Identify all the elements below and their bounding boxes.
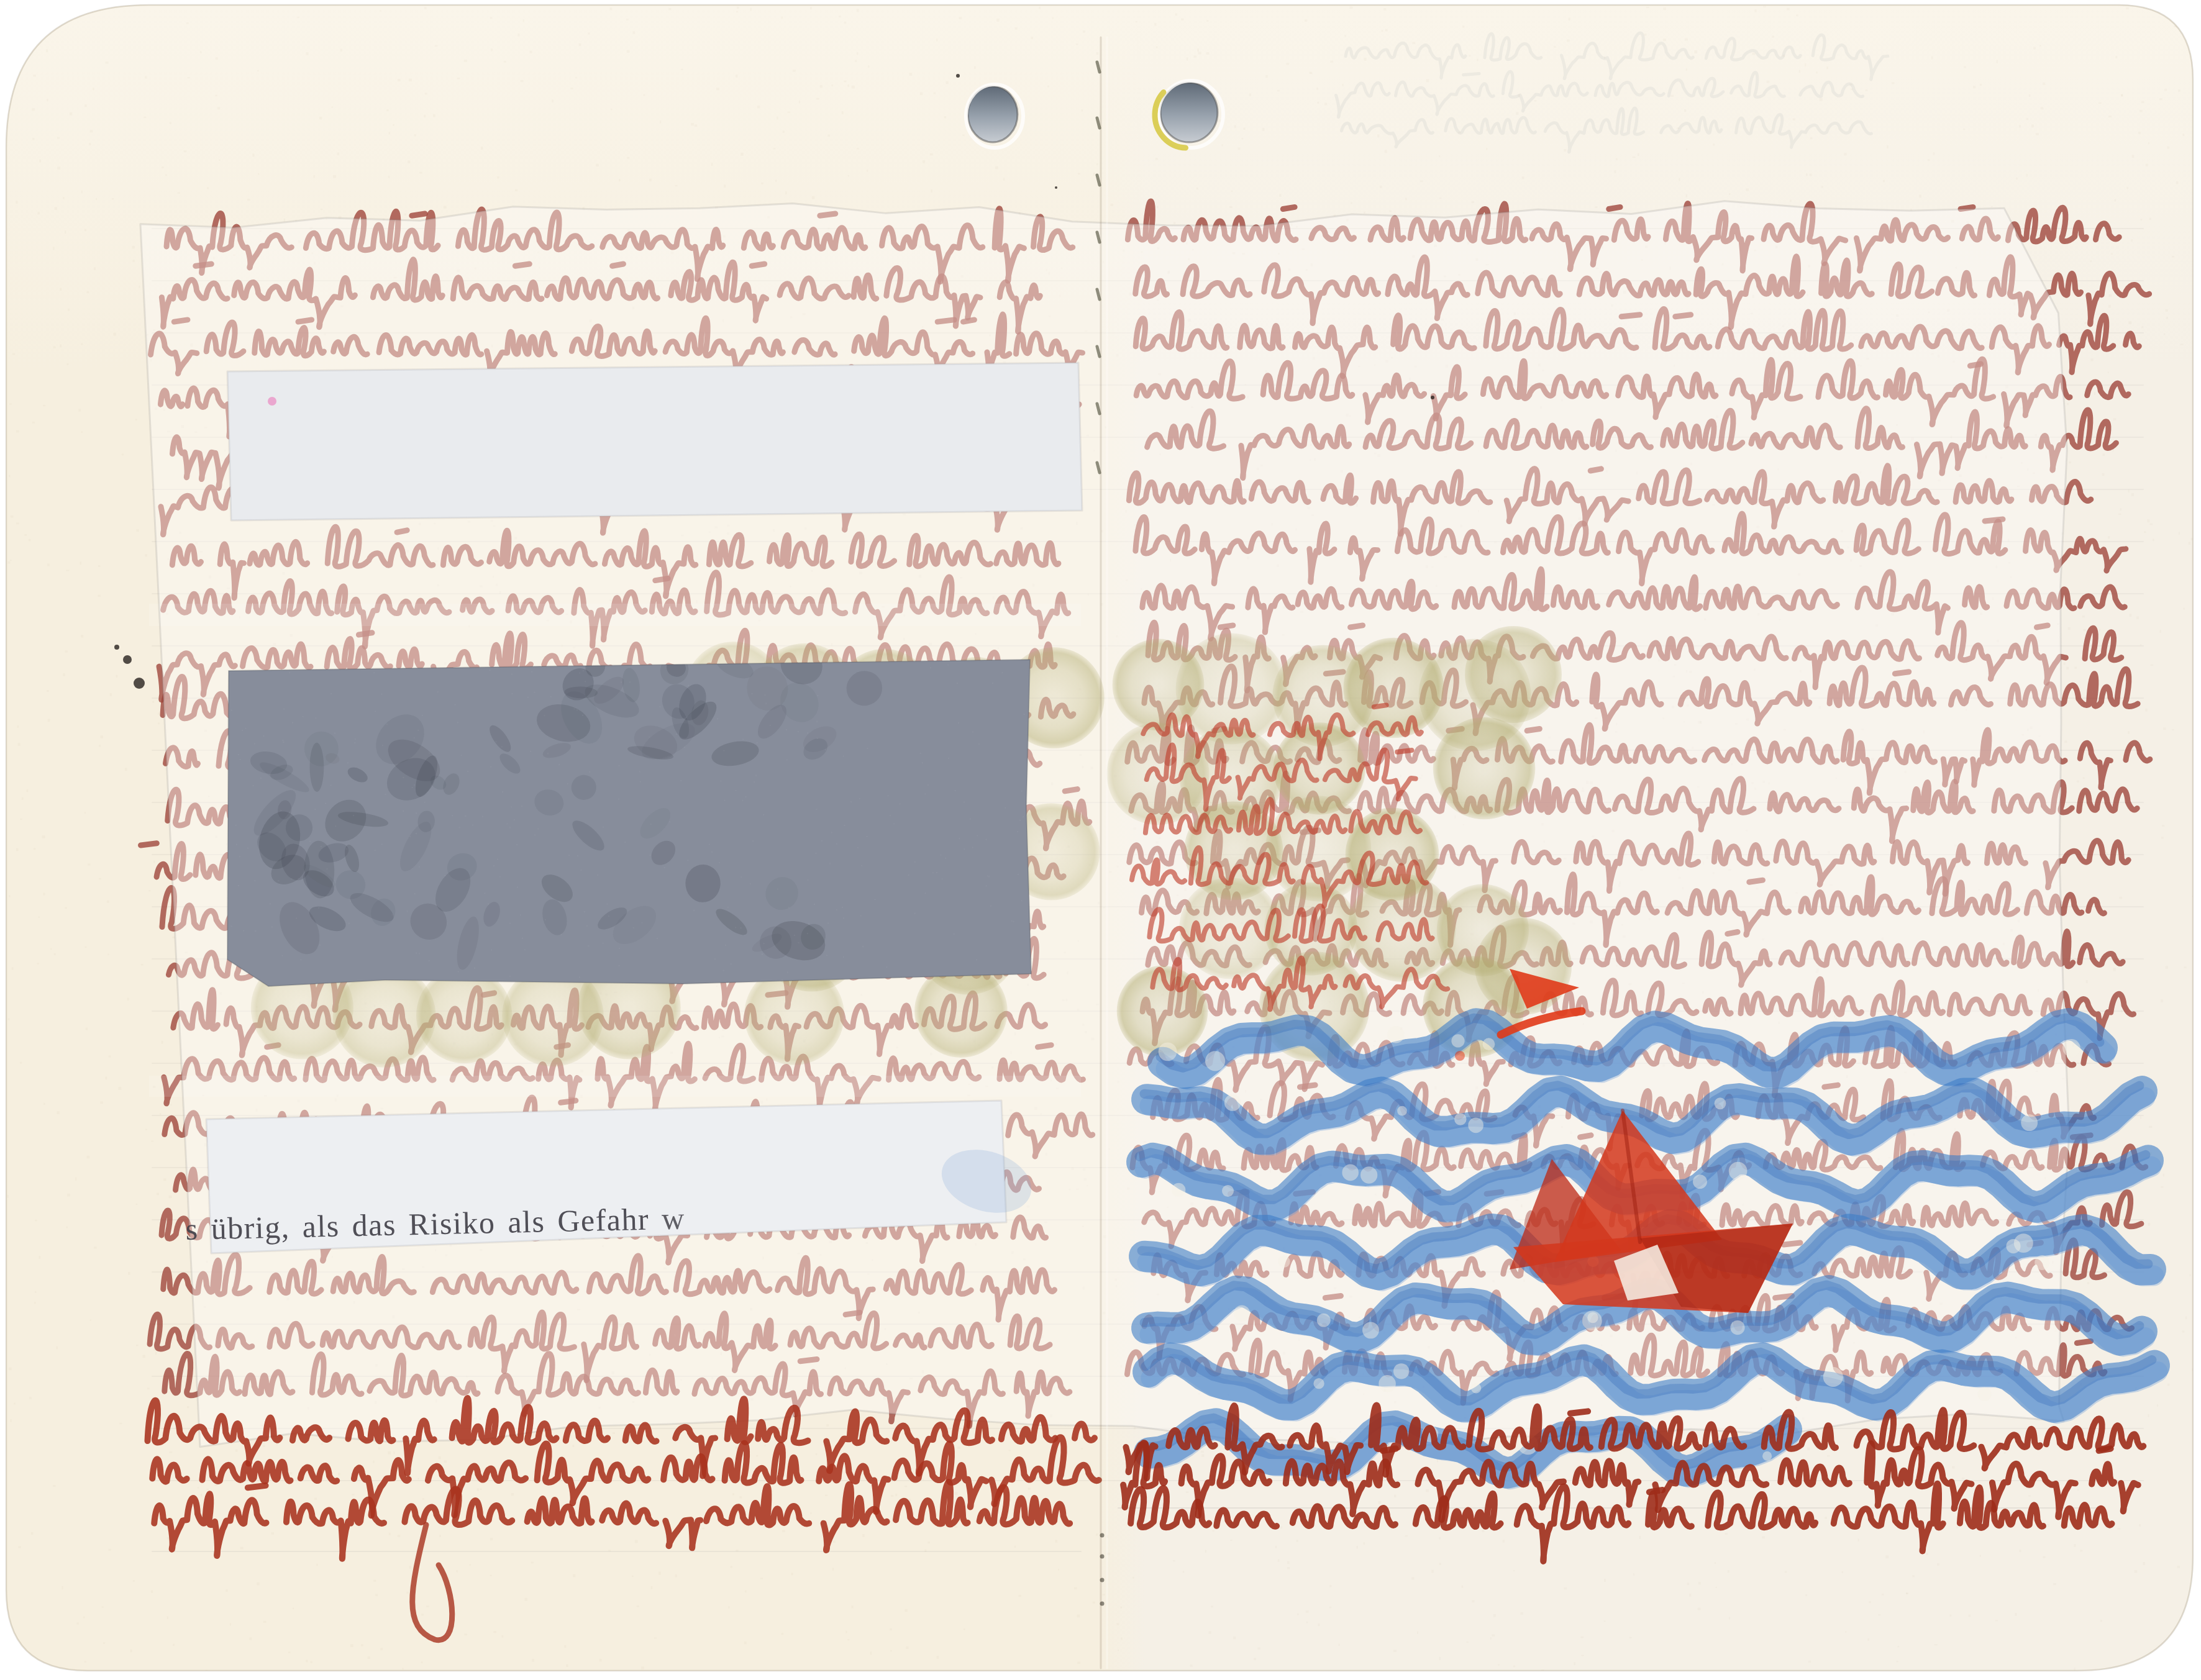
- journal-scan-canvas: [0, 0, 2201, 1680]
- scanned-journal-spread: s übrig, als das Risiko als Gefahr w: [0, 0, 2201, 1680]
